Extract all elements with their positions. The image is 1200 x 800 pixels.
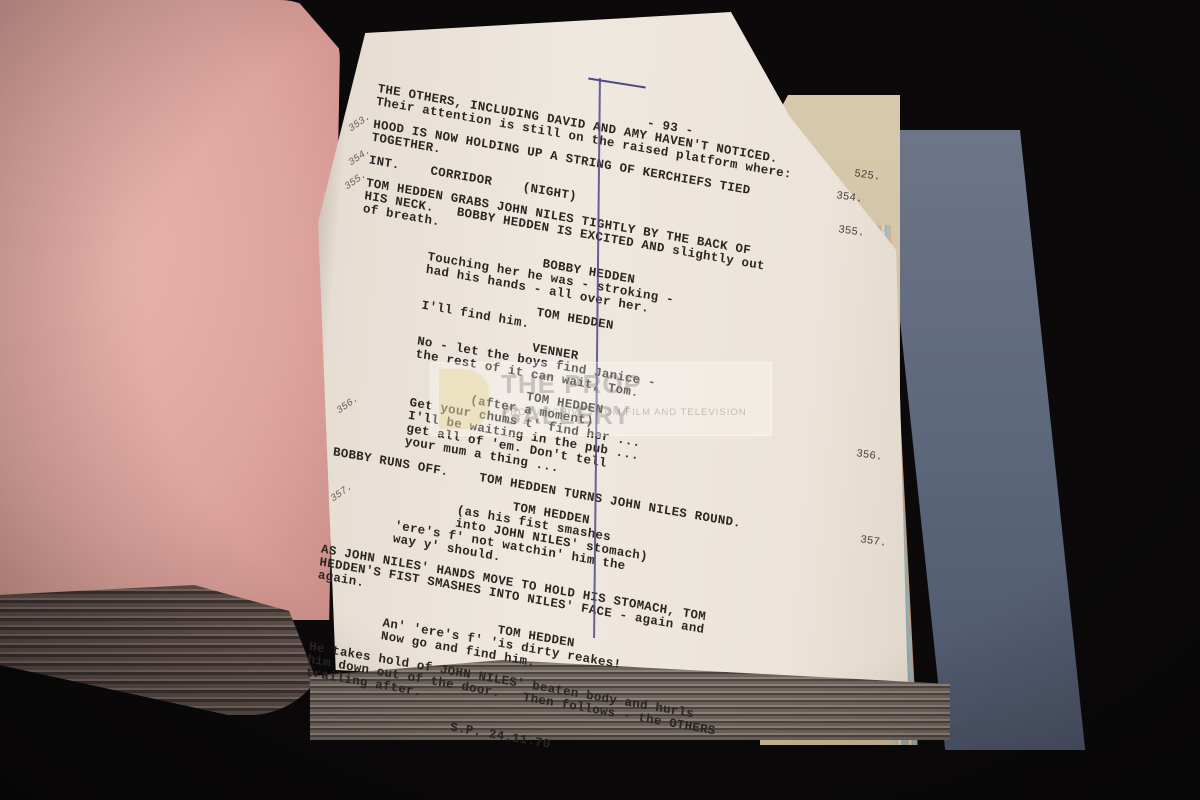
prop-gallery-watermark: THE PROP GALLERY PROP ARCHIVE FROM FILM … bbox=[430, 362, 772, 436]
left-pink-page bbox=[0, 0, 340, 620]
watermark-title: THE PROP GALLERY bbox=[501, 369, 771, 431]
watermark-subtitle: PROP ARCHIVE FROM FILM AND TELEVISION bbox=[503, 407, 747, 418]
prop-gallery-logo-icon bbox=[439, 369, 489, 429]
photo-scene: 353. 354. 355. 356. 357. 525. 354. 355. … bbox=[0, 0, 1200, 800]
